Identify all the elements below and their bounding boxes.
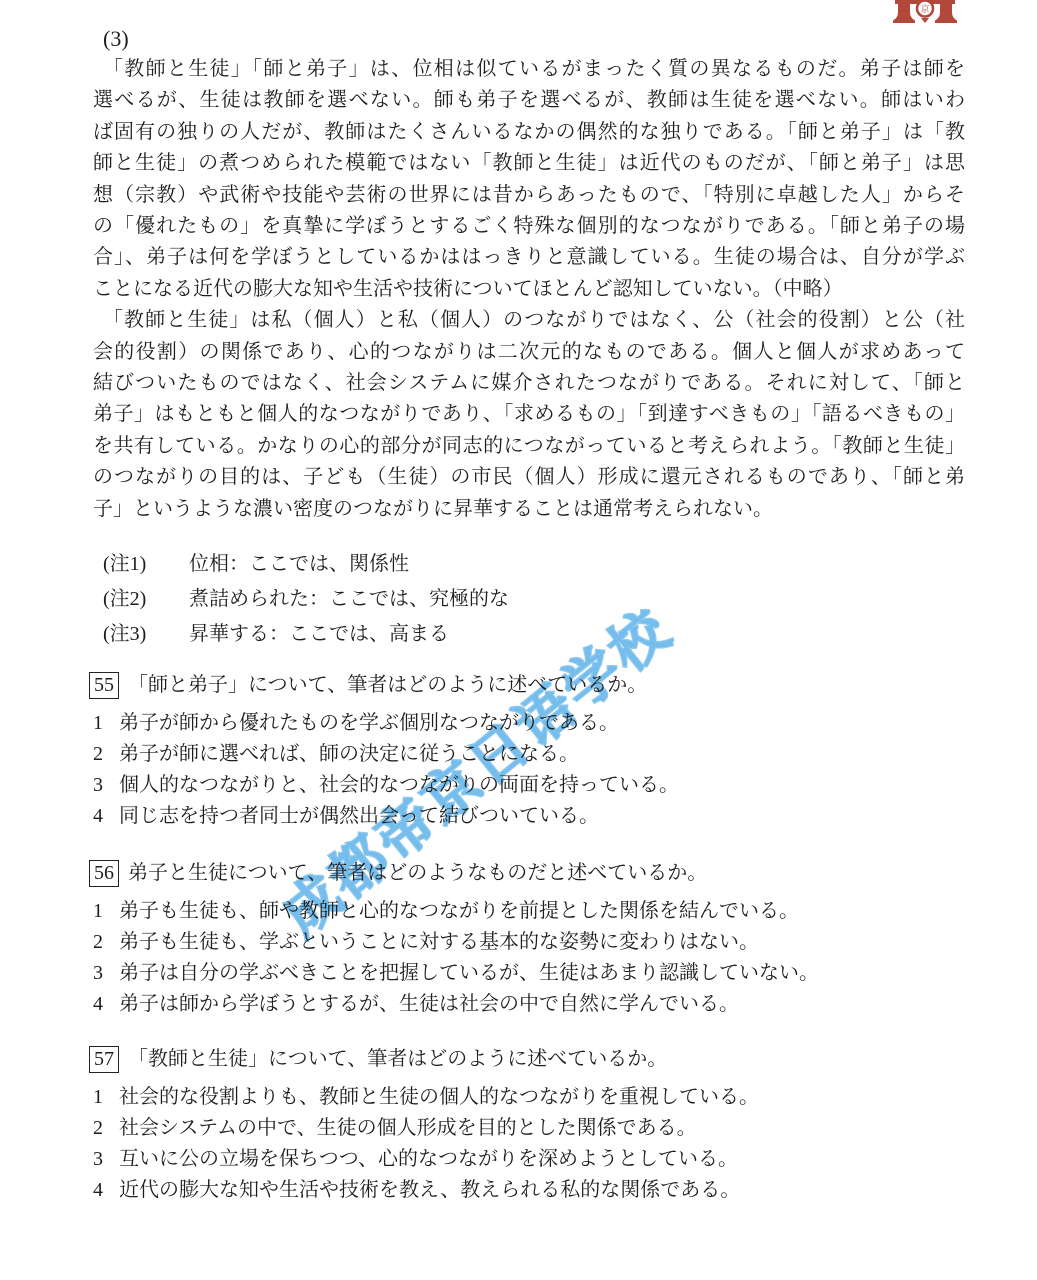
passage-line: ことになる近代の膨大な知や生活や技術についてほとんど認知していない。（中略） [93, 274, 965, 305]
passage-paragraph-1: 「教師と生徒」「師と弟子」は、位相は似ているがまったく質の異なるものだ。弟子は師… [93, 54, 965, 305]
answer-option: 3互いに公の立場を保ちつつ、心的なつながりを深めようとしている。 [93, 1144, 965, 1175]
question-number: 56 [89, 860, 119, 887]
answer-option: 3弟子は自分の学ぶべきことを把握しているが、生徒はあまり認識していない。 [93, 958, 965, 989]
passage-line: 会的役割）の関係であり、心的つながりは二次元的なものである。個人と個人が求めあっ… [93, 337, 965, 368]
document-page: 京 成都帝京日语学校 (3) 「教師と生徒」「師と弟子」は、位相は似ているがまっ… [0, 0, 1037, 1280]
question-55: 55「師と弟子」について、筆者はどのように述べているか。 1弟子が師から優れたも… [93, 670, 965, 832]
option-number: 1 [93, 1082, 119, 1113]
section-number: (3) [93, 24, 965, 54]
question-line: 57「教師と生徒」について、筆者はどのように述べているか。 [89, 1044, 965, 1075]
note-label: (注2) [103, 582, 159, 617]
passage-line: の「優れたもの」を真摯に学ぼうとするごく特殊な個別的なつながりである。「師と弟子… [93, 211, 965, 242]
note-line: (注2)煮詰められた：ここでは、究極的な [103, 582, 965, 617]
option-text: 互いに公の立場を保ちつつ、心的なつながりを深めようとしている。 [119, 1148, 738, 1170]
vocabulary-notes: (注1)位相：ここでは、関係性 (注2)煮詰められた：ここでは、究極的な (注3… [93, 547, 965, 652]
option-text: 社会システムの中で、生徒の個人形成を目的とした関係である。 [119, 1117, 697, 1139]
option-number: 1 [93, 896, 119, 927]
option-text: 弟子も生徒も、学ぶということに対する基本的な姿勢に変わりはない。 [119, 931, 759, 953]
answer-option: 4同じ志を持つ者同士が偶然出会って結びついている。 [93, 801, 965, 832]
option-text: 近代の膨大な知や生活や技術を教え、教えられる私的な関係である。 [119, 1179, 740, 1201]
question-56: 56弟子と生徒について、筆者はどのようなものだと述べているか。 1弟子も生徒も、… [93, 858, 965, 1020]
logo-kanji-mark: 京 [920, 3, 929, 14]
option-number: 3 [93, 770, 119, 801]
answer-option: 4弟子は師から学ぼうとするが、生徒は社会の中で自然に学んでいる。 [93, 989, 965, 1020]
passage-paragraph-2: 「教師と生徒」は私（個人）と私（個人）のつながりではなく、公（社会的役割）と公（… [93, 305, 965, 525]
passage-line: 合」、弟子は何を学ぼうとしているかははっきりと意識している。生徒の場合は、自分が… [93, 242, 965, 273]
note-label: (注1) [103, 547, 159, 582]
passage-line: 結びついたものではなく、社会システムに媒介されたつながりである。それに対して、「… [93, 368, 965, 399]
passage-line: 子」というような濃い密度のつながりに昇華することは通常考えられない。 [93, 494, 965, 525]
answer-option: 1社会的な役割よりも、教師と生徒の個人的なつながりを重視している。 [93, 1082, 965, 1113]
note-text: 煮詰められた：ここでは、究極的な [189, 588, 509, 610]
passage-line: 「教師と生徒」は私（個人）と私（個人）のつながりではなく、公（社会的役割）と公（… [93, 305, 965, 336]
answer-option: 1弟子が師から優れたものを学ぶ個別なつながりである。 [93, 708, 965, 739]
passage-line: のつながりの目的は、子ども（生徒）の市民（個人）形成に還元されるものであり、「師… [93, 462, 965, 493]
school-logo-icon: 京 [891, 0, 959, 24]
option-number: 3 [93, 1144, 119, 1175]
passage-line: を共有している。かなりの心的部分が同志的につながっていると考えられよう。「教師と… [93, 431, 965, 462]
question-line: 55「師と弟子」について、筆者はどのように述べているか。 [89, 670, 965, 701]
option-number: 3 [93, 958, 119, 989]
option-number: 2 [93, 739, 119, 770]
answer-option: 2社会システムの中で、生徒の個人形成を目的とした関係である。 [93, 1113, 965, 1144]
note-text: 昇華する：ここでは、高まる [189, 623, 449, 645]
question-57: 57「教師と生徒」について、筆者はどのように述べているか。 1社会的な役割よりも… [93, 1044, 965, 1206]
option-text: 弟子も生徒も、師や教師と心的なつながりを前提とした関係を結んでいる。 [119, 900, 799, 922]
passage-line: ば固有の独りの人だが、教師はたくさんいるなかの偶然的な独りである。「師と弟子」は… [93, 117, 965, 148]
answer-option: 2弟子が師に選べれば、師の決定に従うことになる。 [93, 739, 965, 770]
question-line: 56弟子と生徒について、筆者はどのようなものだと述べているか。 [89, 858, 965, 889]
answer-option: 2弟子も生徒も、学ぶということに対する基本的な姿勢に変わりはない。 [93, 927, 965, 958]
school-logo: 京 [891, 0, 959, 24]
passage-line: 師と生徒」の煮つめられた模範ではない「教師と生徒」は近代のものだが、「師と弟子」… [93, 148, 965, 179]
note-label: (注3) [103, 617, 159, 652]
answer-option: 3個人的なつながりと、社会的なつながりの両面を持っている。 [93, 770, 965, 801]
question-number: 55 [89, 672, 119, 699]
passage-line: 「教師と生徒」「師と弟子」は、位相は似ているがまったく質の異なるものだ。弟子は師… [93, 54, 965, 85]
option-text: 社会的な役割よりも、教師と生徒の個人的なつながりを重視している。 [119, 1086, 759, 1108]
note-line: (注1)位相：ここでは、関係性 [103, 547, 965, 582]
question-text: 「師と弟子」について、筆者はどのように述べているか。 [128, 670, 647, 701]
option-number: 4 [93, 1175, 119, 1206]
note-text: 位相：ここでは、関係性 [189, 553, 409, 575]
note-line: (注3)昇華する：ここでは、高まる [103, 617, 965, 652]
option-number: 2 [93, 927, 119, 958]
question-number: 57 [89, 1046, 119, 1073]
question-text: 弟子と生徒について、筆者はどのようなものだと述べているか。 [128, 858, 707, 889]
option-number: 4 [93, 801, 119, 832]
reading-test-content: (3) 「教師と生徒」「師と弟子」は、位相は似ているがまったく質の異なるものだ。… [0, 0, 1037, 1206]
passage-line: 弟子」はもともと個人的なつながりであり、「求めるもの」「到達すべきもの」「語るべ… [93, 399, 965, 430]
question-text: 「教師と生徒」について、筆者はどのように述べているか。 [128, 1044, 667, 1075]
option-text: 弟子は師から学ぼうとするが、生徒は社会の中で自然に学んでいる。 [119, 993, 739, 1015]
option-text: 弟子が師から優れたものを学ぶ個別なつながりである。 [119, 712, 619, 734]
option-text: 弟子は自分の学ぶべきことを把握しているが、生徒はあまり認識していない。 [119, 962, 819, 984]
option-text: 同じ志を持つ者同士が偶然出会って結びついている。 [119, 805, 599, 827]
passage-line: 想（宗教）や武術や技能や芸術の世界には昔からあったもので、「特別に卓越した人」か… [93, 180, 965, 211]
option-number: 2 [93, 1113, 119, 1144]
passage-line: 選べるが、生徒は教師を選べない。師も弟子を選べるが、教師は生徒を選べない。師はい… [93, 85, 965, 116]
option-text: 弟子が師に選べれば、師の決定に従うことになる。 [119, 743, 579, 765]
option-number: 4 [93, 989, 119, 1020]
answer-option: 1弟子も生徒も、師や教師と心的なつながりを前提とした関係を結んでいる。 [93, 896, 965, 927]
option-number: 1 [93, 708, 119, 739]
answer-option: 4近代の膨大な知や生活や技術を教え、教えられる私的な関係である。 [93, 1175, 965, 1206]
option-text: 個人的なつながりと、社会的なつながりの両面を持っている。 [119, 774, 679, 796]
